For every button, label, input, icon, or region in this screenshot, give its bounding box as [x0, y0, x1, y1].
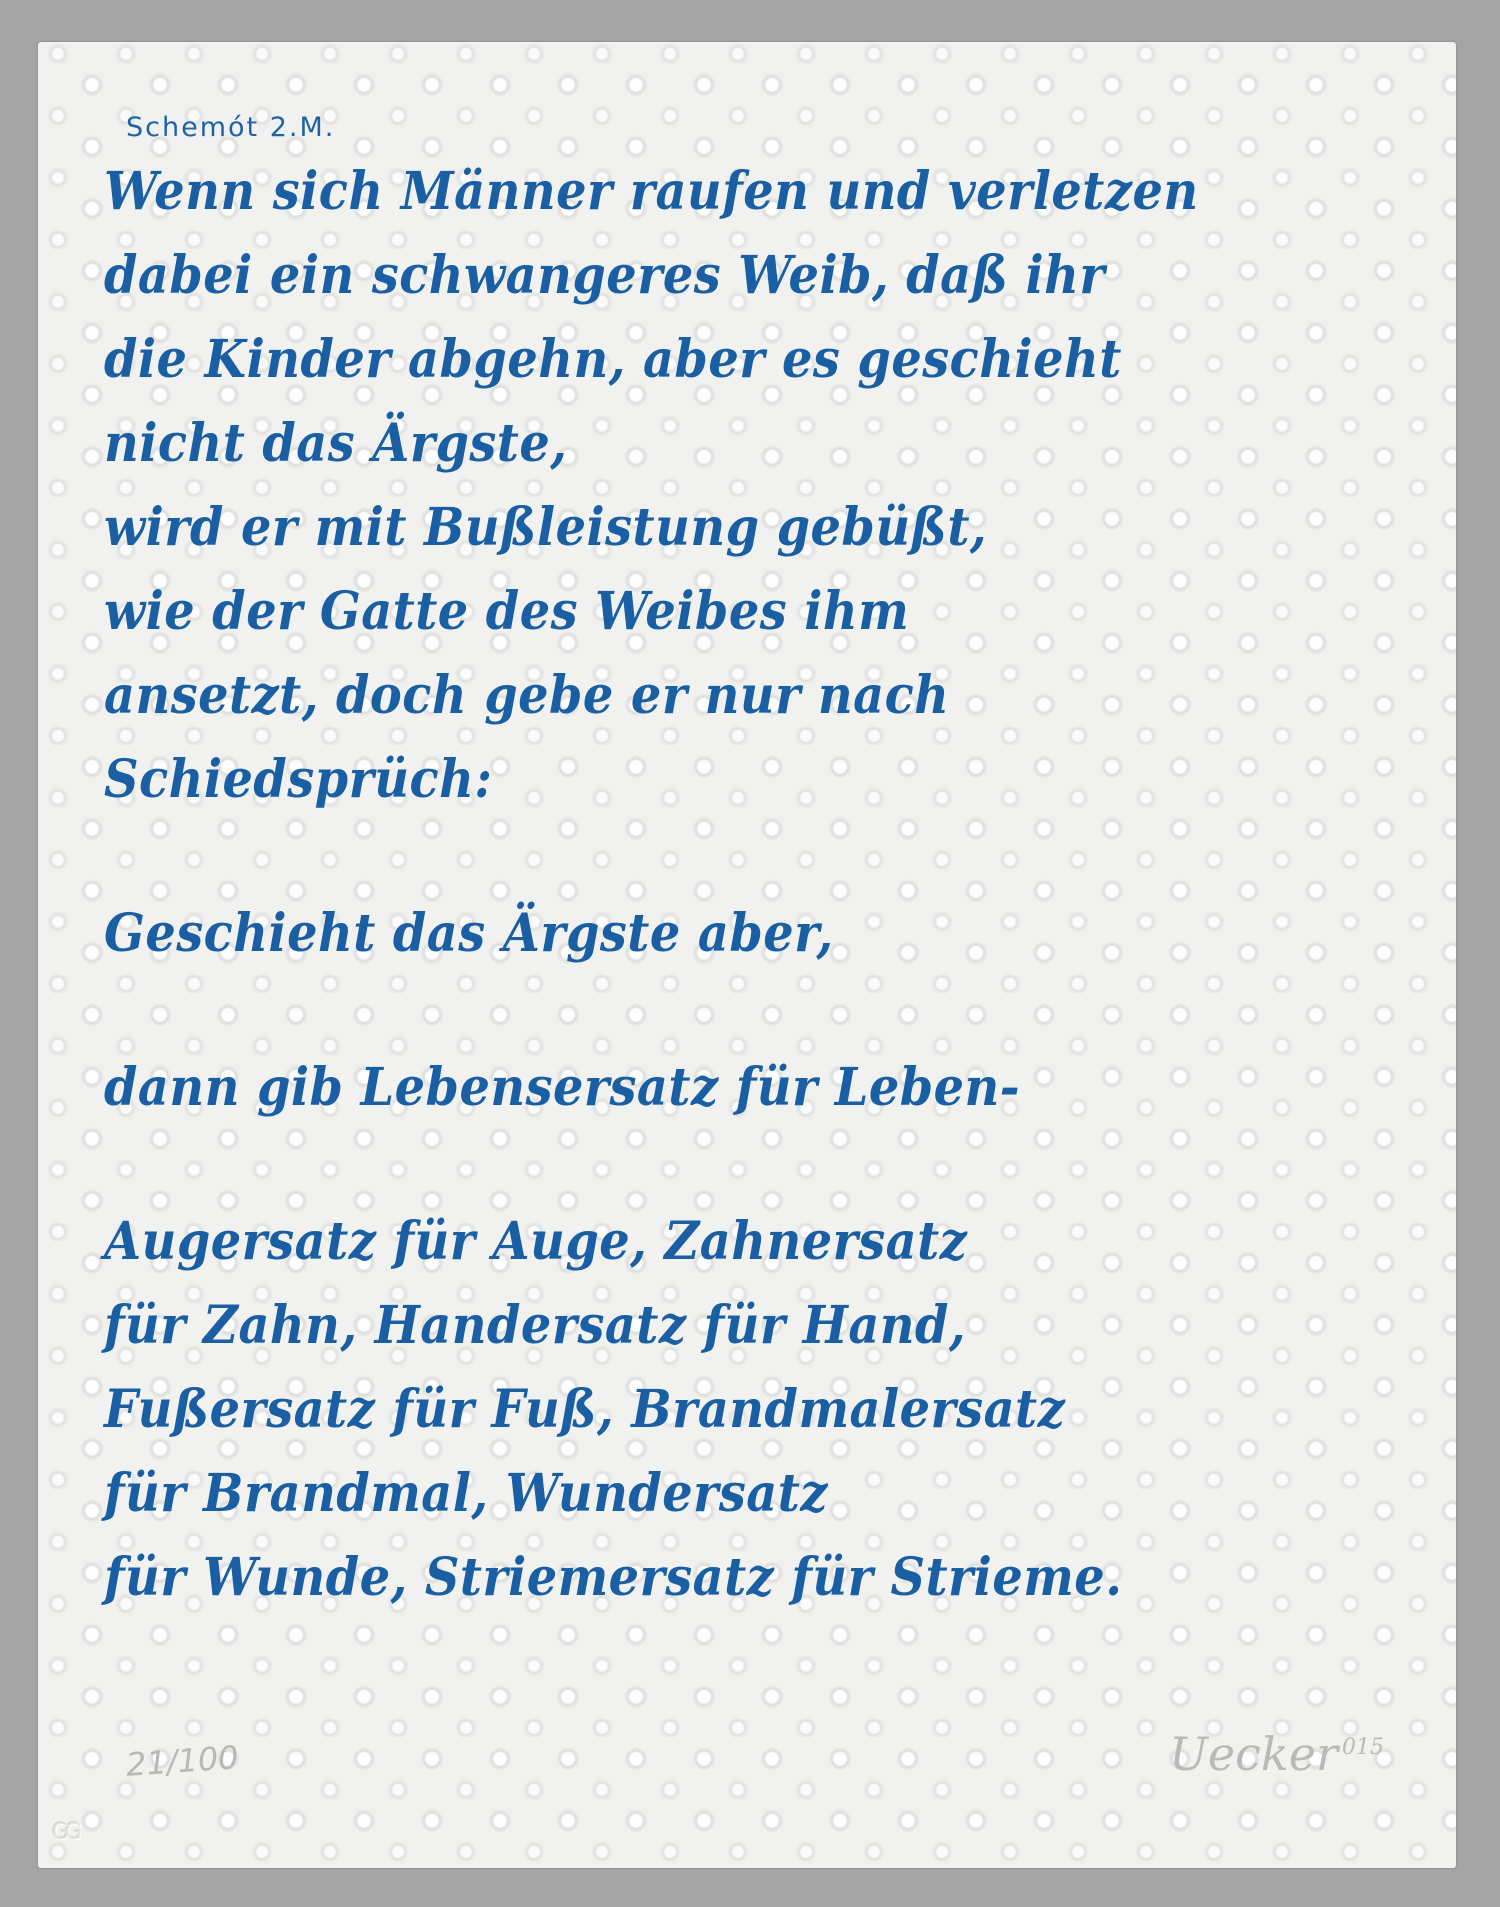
text-line-1: Wenn sich Männer raufen und verletzen	[104, 150, 1311, 234]
text-line-5: wird er mit Bußleistung gebüßt,	[104, 486, 1311, 570]
text-line-2: dabei ein schwangeres Weib, daß ihr	[104, 234, 1311, 318]
text-line-8: Schiedsprüch:	[104, 738, 1311, 822]
text-line-6: wie der Gatte des Weibes ihm	[104, 570, 1311, 654]
text-line-13: Fußersatz für Fuß, Brandmalersatz	[104, 1368, 1311, 1452]
edition-number: 21/100	[125, 1738, 240, 1784]
signature-name: Uecker	[1169, 1727, 1338, 1781]
blind-stamp-icon: GG	[52, 1820, 78, 1845]
text-line-7: ansetzt, doch gebe er nur nach	[104, 654, 1311, 738]
handwritten-text-block: Schemót 2.M. Wenn sich Männer raufen und…	[104, 112, 1416, 1620]
signature-year: 015	[1342, 1735, 1384, 1760]
paper-sheet: Schemót 2.M. Wenn sich Männer raufen und…	[38, 42, 1456, 1868]
text-line-4: nicht das Ärgste,	[104, 402, 1311, 486]
text-line-12: für Zahn, Handersatz für Hand,	[104, 1284, 1311, 1368]
text-line-14: für Brandmal, Wundersatz	[104, 1452, 1311, 1536]
text-line-3: die Kinder abgehn, aber es geschieht	[104, 318, 1311, 402]
text-line-15: für Wunde, Striemersatz für Strieme.	[104, 1536, 1311, 1620]
text-line-11: Augersatz für Auge, Zahnersatz	[104, 1200, 1311, 1284]
header-note: Schemót 2.M.	[126, 112, 1416, 150]
text-line-10: dann gib Lebensersatz für Leben-	[104, 1046, 1311, 1130]
artist-signature: Uecker015	[1169, 1727, 1384, 1781]
text-line-9: Geschieht das Ärgste aber,	[104, 892, 1311, 976]
